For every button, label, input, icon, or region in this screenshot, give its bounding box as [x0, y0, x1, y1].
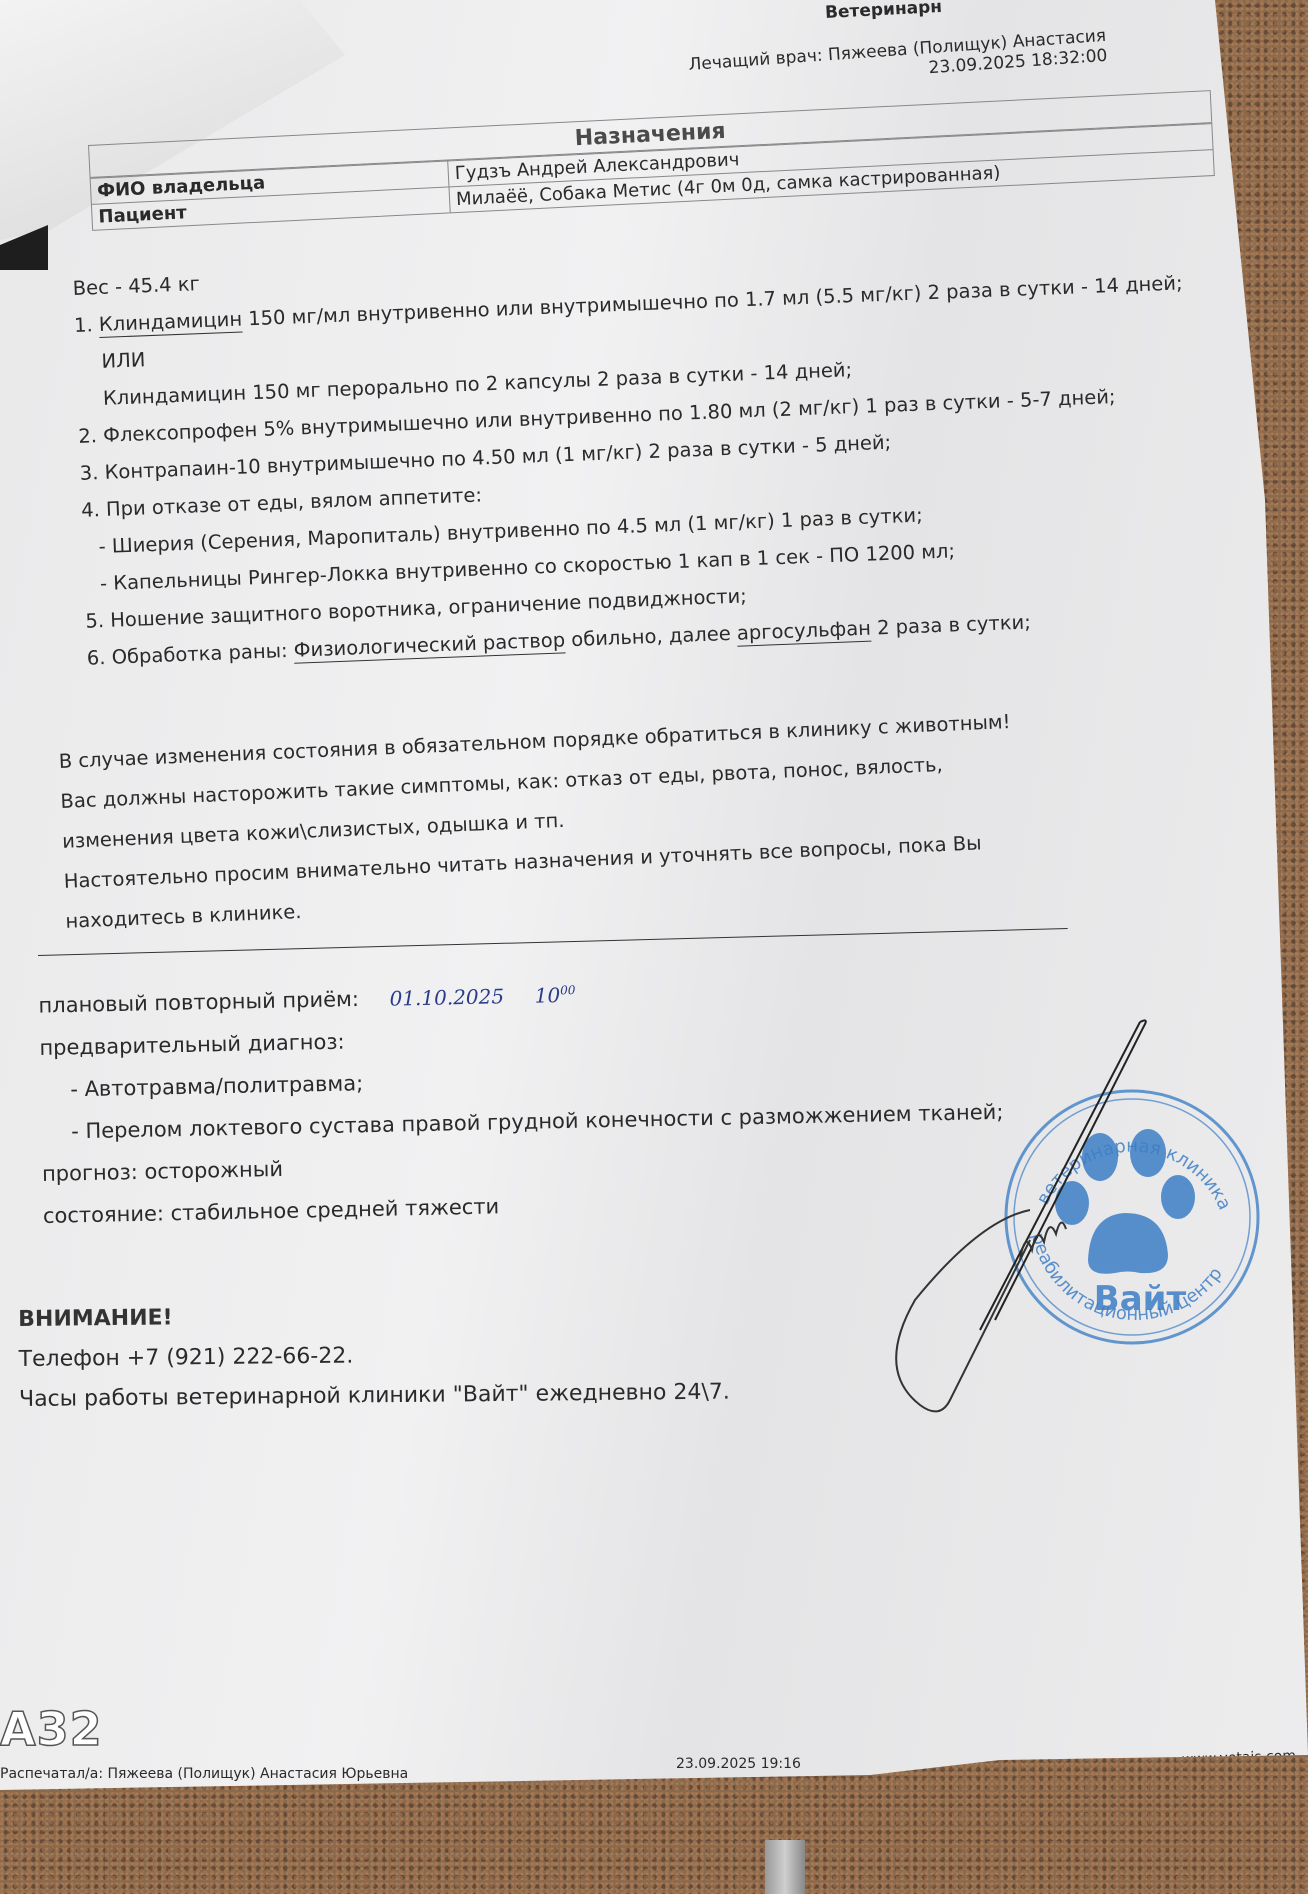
- item-text: 6. Обработка раны:: [86, 639, 294, 670]
- item-text: обильно, далее: [565, 622, 738, 652]
- doctor-signature: [880, 1010, 1180, 1430]
- argosulfan-underlined: аргосульфан: [736, 617, 871, 645]
- attending-doctor: Лечащий врач: Пяжеева (Полищук) Анастаси…: [688, 26, 1108, 95]
- background-object: [765, 1840, 805, 1894]
- warning-notice: В случае изменения состояния в обязатель…: [58, 693, 1245, 942]
- prescription-sheet: Ветеринарн Лечащий врач: Пяжеева (Полищу…: [0, 0, 1308, 1894]
- item-number: 1.: [74, 313, 100, 337]
- followup-date-handwritten: 01.10.2025: [389, 984, 504, 1010]
- contact-block: ВНИМАНИЕ! Телефон +7 (921) 222-66-22. Ча…: [18, 1291, 919, 1420]
- item-text: 2 раза в сутки;: [870, 610, 1031, 639]
- prescription-table: Назначения ФИО владельца Гудзъ Андрей Ал…: [88, 90, 1215, 231]
- followup-hour: 10: [535, 983, 561, 1008]
- prescriptions-list: Вес - 45.4 кг 1. Клиндамицин 150 мг/мл в…: [72, 225, 1267, 677]
- followup-label: плановый повторный приём:: [38, 987, 359, 1018]
- printed-at: 23.09.2025 19:16: [676, 1756, 801, 1772]
- drug-name-underlined: Клиндамицин: [98, 308, 242, 336]
- clinic-hours: Часы работы ветеринарной клиники "Вайт" …: [19, 1371, 919, 1420]
- page-code: А32: [0, 1702, 103, 1756]
- followup-minutes: 00: [560, 983, 576, 997]
- printed-by: Распечатал/а: Пяжеева (Полищук) Анастаси…: [0, 1766, 408, 1782]
- clinic-header: Ветеринарн: [825, 0, 943, 23]
- website-link[interactable]: www.vetais.com: [1182, 1748, 1297, 1768]
- saline-underlined: Физиологический раствор: [293, 628, 565, 661]
- followup-time-handwritten: 1000: [535, 982, 576, 1007]
